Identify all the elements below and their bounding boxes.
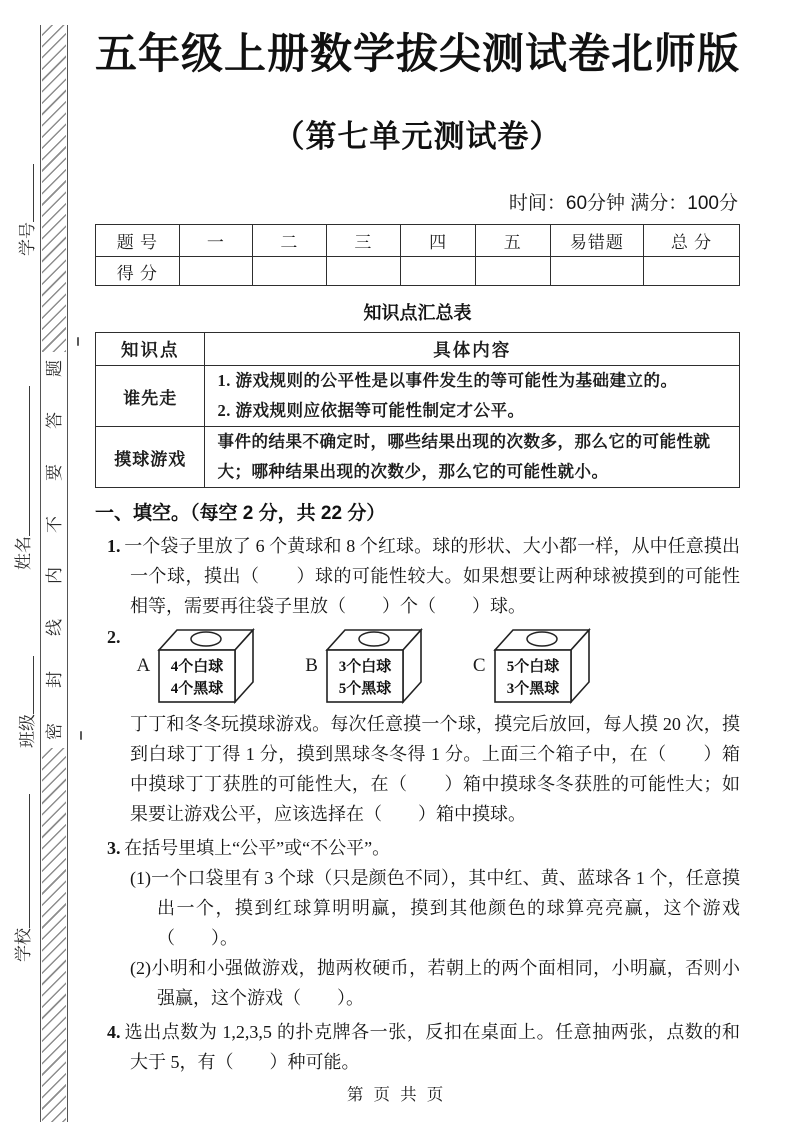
score-empty-cell [644,257,740,286]
box-c-drawing: 5个白球 3个黑球 [493,624,593,704]
question-2: 2. A 4个白球 4个黑球 B [107,624,740,704]
margin-label-school: 学校 [4,754,34,962]
question-3-sub-1: (1)一个口袋里有 3 个球（只是颜色不同），其中红、黄、蓝球各 1 个，任意摸… [130,863,740,953]
question-3-text: 在括号里填上“公平”或“不公平”。 [124,838,390,858]
question-2-text: 丁丁和冬冬玩摸球游戏。每次任意摸一个球，摸完后放回，每人摸 20 次，摸到白球丁… [130,709,740,829]
score-empty-cell [475,257,550,286]
fold-mark [80,731,82,740]
fold-mark [77,337,79,346]
score-empty-cell [253,257,326,286]
box-c-line1: 5个白球 [506,657,559,675]
box-b: B 3个白球 5个黑球 [305,624,425,704]
score-empty-cell [401,257,476,286]
knowledge-content: 1. 游戏规则的公平性是以事件发生的等可能性为基础建立的。 2. 游戏规则应依据… [205,366,740,427]
question-4-number: 4. [107,1022,121,1042]
score-empty-cell [326,257,401,286]
name-blank-line [25,386,30,536]
margin-label-name: 姓名 [4,345,34,570]
score-header-cell: 五 [475,225,550,257]
seal-char: 封 [46,671,63,688]
page-footer: 第 页 共 页 [0,1081,793,1105]
exam-paper-page: 学号 姓名 班级 学校 题 答 要 不 内 线 封 密 五年级上册数学拔尖测试卷… [0,0,793,1122]
box-b-line2: 5个黑球 [339,679,392,697]
score-table: 题 号 一 二 三 四 五 易错题 总 分 得 分 [95,224,740,286]
knowledge-content-line: 1. 游戏规则的公平性是以事件发生的等可能性为基础建立的。 [217,366,727,396]
margin-label-class: 班级 [8,636,38,748]
score-header-cell: 总 分 [644,225,740,257]
score-header-cell: 易错题 [550,225,643,257]
box-a: A 4个白球 4个黑球 [137,624,258,704]
seal-warning-text: 题 答 要 不 内 线 封 密 [41,352,67,748]
school-blank-line [25,794,30,928]
knowledge-content-line: 2. 游戏规则应依据等可能性制定才公平。 [217,396,727,426]
seal-char: 密 [46,723,63,740]
box-b-line1: 3个白球 [339,657,392,675]
box-a-drawing: 4个白球 4个黑球 [157,624,257,704]
box-b-drawing: 3个白球 5个黑球 [325,624,425,704]
box-hole [359,632,389,646]
knowledge-point: 摸球游戏 [96,427,205,488]
seal-char: 不 [46,516,63,533]
summary-row: 摸球游戏 事件的结果不确定时，哪些结果出现的次数多，那么它的可能性就大；哪种结果… [96,427,740,488]
summary-header-row: 知识点 具体内容 [96,333,740,366]
score-table-score-row: 得 分 [96,257,740,286]
box-a-line2: 4个黑球 [171,679,224,697]
seal-char: 内 [46,567,63,584]
question-1-number: 1. [107,536,121,556]
seal-line-band: 题 答 要 不 内 线 封 密 [40,25,68,1122]
class-blank-line [29,656,34,714]
box-b-letter: B [305,656,318,675]
student-id-label: 学号 [19,222,38,256]
question-4-text: 选出点数为 1,2,3,5 的扑克牌各一张，反扣在桌面上。任意抽两张，点数的和大… [124,1022,740,1072]
time-and-score-info: 时间：60分钟 满分：100分 [95,188,738,215]
question-3-number: 3. [107,838,121,858]
school-label: 学校 [15,928,34,962]
question-2-number: 2. [107,624,121,650]
paper-content: 五年级上册数学拔尖测试卷北师版 （第七单元测试卷） 时间：60分钟 满分：100… [95,0,740,1077]
seal-char: 答 [46,412,63,429]
score-header-cell: 三 [326,225,401,257]
box-c-letter: C [473,656,486,675]
question-3-sub-2-number: (2) [130,958,151,978]
question-3-sub-2: (2)小明和小强做游戏，抛两枚硬币，若朝上的两个面相同，小明赢，否则小强赢，这个… [130,953,740,1013]
question-1-text: 一个袋子里放了 6 个黄球和 8 个红球。球的形状、大小都一样，从中任意摸出一个… [124,536,740,616]
margin-label-student-id: 学号 [8,144,38,256]
knowledge-summary-table: 知识点 具体内容 谁先走 1. 游戏规则的公平性是以事件发生的等可能性为基础建立… [95,332,740,488]
score-header-cell: 二 [253,225,326,257]
knowledge-summary-heading: 知识点汇总表 [95,299,740,325]
score-empty-cell [179,257,252,286]
name-label: 姓名 [15,536,34,570]
seal-char: 题 [46,360,63,377]
class-label: 班级 [19,714,38,748]
box-hole [527,632,557,646]
question-3-sub-1-text: 一个口袋里有 3 个球（只是颜色不同），其中红、黄、蓝球各 1 个，任意摸出一个… [151,868,740,948]
seal-char: 要 [46,464,63,481]
paper-subtitle: （第七单元测试卷） [95,111,740,156]
box-c-line2: 3个黑球 [506,679,559,697]
question-3-sub-1-number: (1) [130,868,151,888]
box-hole [191,632,221,646]
knowledge-content: 事件的结果不确定时，哪些结果出现的次数多，那么它的可能性就大；哪种结果出现的次数… [205,427,740,488]
ball-boxes-figure: A 4个白球 4个黑球 B [137,624,593,704]
paper-title: 五年级上册数学拔尖测试卷北师版 [95,30,740,78]
section-one-heading: 一、填空。（每空 2 分，共 22 分） [95,501,740,527]
box-c: C 5个白球 3个黑球 [473,624,593,704]
seal-char: 线 [46,619,63,636]
student-id-blank-line [29,164,34,222]
seal-hatching-top [42,25,66,352]
score-row-label: 得 分 [96,257,180,286]
score-header-cell: 一 [179,225,252,257]
score-header-cell: 题 号 [96,225,180,257]
question-1: 1. 一个袋子里放了 6 个黄球和 8 个红球。球的形状、大小都一样，从中任意摸… [107,531,740,621]
question-4: 4. 选出点数为 1,2,3,5 的扑克牌各一张，反扣在桌面上。任意抽两张，点数… [107,1017,740,1077]
box-a-line1: 4个白球 [171,657,224,675]
summary-row: 谁先走 1. 游戏规则的公平性是以事件发生的等可能性为基础建立的。 2. 游戏规… [96,366,740,427]
seal-hatching-bottom [42,748,66,1122]
knowledge-point: 谁先走 [96,366,205,427]
score-empty-cell [550,257,643,286]
question-3-sub-2-text: 小明和小强做游戏，抛两枚硬币，若朝上的两个面相同，小明赢，否则小强赢，这个游戏（… [151,958,740,1008]
summary-col-header: 具体内容 [205,333,740,366]
score-table-header-row: 题 号 一 二 三 四 五 易错题 总 分 [96,225,740,257]
summary-col-header: 知识点 [96,333,205,366]
score-header-cell: 四 [401,225,476,257]
box-a-letter: A [137,656,151,675]
question-3: 3. 在括号里填上“公平”或“不公平”。 [107,833,740,863]
